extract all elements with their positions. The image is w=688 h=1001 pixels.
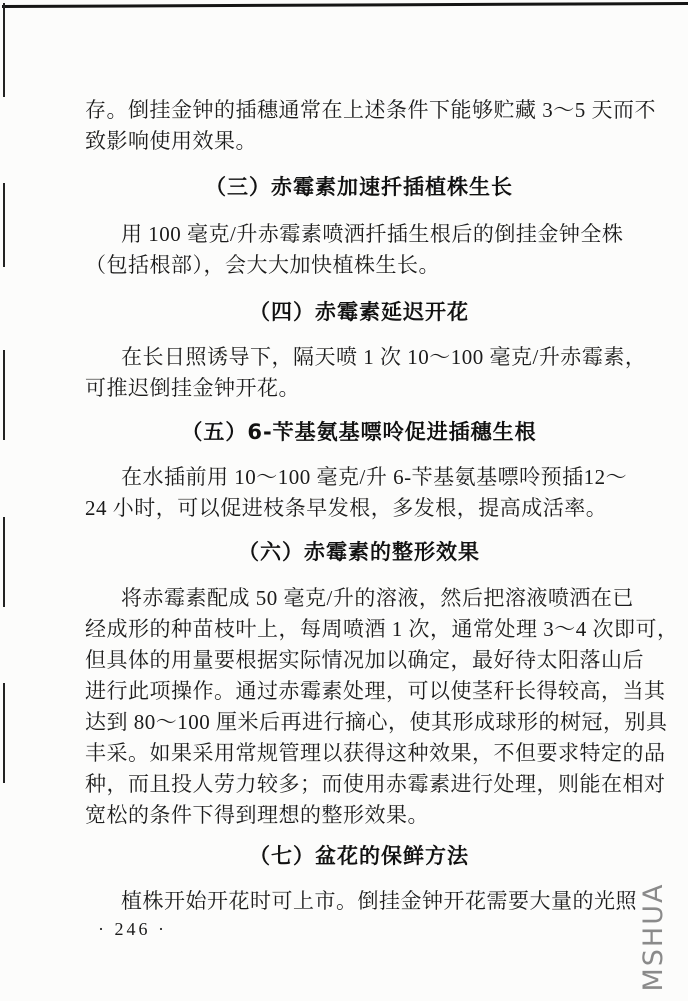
intro-paragraph: 存。倒挂金钟的插穗通常在上述条件下能够贮藏 3～5 天而不 致影响使用效果。 — [85, 95, 633, 157]
paragraph-line: 可推迟倒挂金钟开花。 — [85, 373, 633, 404]
section-5-paragraph: 在水插前用 10～100 毫克/升 6-苄基氨基嘌呤预插12～ 24 小时，可以… — [85, 462, 633, 524]
section-heading-4: （四）赤霉素延迟开花 — [85, 297, 633, 328]
section-heading-6: （六）赤霉素的整形效果 — [85, 537, 633, 568]
paragraph-line: 在长日照诱导下，隔天喷 1 次 10～100 毫克/升赤霉素， — [85, 342, 633, 373]
section-3-paragraph: 用 100 毫克/升赤霉素喷洒扦插生根后的倒挂金钟全株 （包括根部），会大大加快… — [85, 219, 633, 281]
paragraph-line: 致影响使用效果。 — [85, 126, 633, 157]
section-6-paragraph: 将赤霉素配成 50 毫克/升的溶液，然后把溶液喷洒在已 经成形的种苗枝叶上，每周… — [85, 583, 633, 831]
section-heading-7: （七）盆花的保鲜方法 — [85, 841, 633, 872]
paragraph-line: 存。倒挂金钟的插穗通常在上述条件下能够贮藏 3～5 天而不 — [85, 95, 633, 126]
left-edge-scan-line — [3, 350, 5, 440]
paragraph-line: 将赤霉素配成 50 毫克/升的溶液，然后把溶液喷洒在已 — [85, 583, 633, 614]
paragraph-line: 在水插前用 10～100 毫克/升 6-苄基氨基嘌呤预插12～ — [85, 462, 633, 493]
paragraph-line: 但具体的用量要根据实际情况加以确定，最好待太阳落山后 — [85, 645, 633, 676]
section-heading-5: （五）6-苄基氨基嘌呤促进插穗生根 — [85, 417, 633, 448]
paragraph-line: 宽松的条件下得到理想的整形效果。 — [85, 800, 633, 831]
book-page: 存。倒挂金钟的插穗通常在上述条件下能够贮藏 3～5 天而不 致影响使用效果。 （… — [0, 0, 688, 1001]
paragraph-line: 丰采。如果采用常规管理以获得这种效果，不但要求特定的品 — [85, 738, 633, 769]
paragraph-line: 达到 80～100 厘米后再进行摘心，使其形成球形的树冠，别具 — [85, 707, 633, 738]
left-edge-scan-line — [3, 517, 5, 607]
section-heading-3: （三）赤霉素加速扦插植株生长 — [85, 172, 633, 203]
paragraph-line: 24 小时，可以促进枝条早发根，多发根，提高成活率。 — [85, 493, 633, 524]
section-4-paragraph: 在长日照诱导下，隔天喷 1 次 10～100 毫克/升赤霉素， 可推迟倒挂金钟开… — [85, 342, 633, 404]
paragraph-line: 用 100 毫克/升赤霉素喷洒扦插生根后的倒挂金钟全株 — [85, 219, 633, 250]
left-edge-scan-line — [3, 3, 5, 97]
paragraph-line: （包括根部），会大大加快植株生长。 — [85, 250, 633, 281]
section-7-paragraph: 植株开始开花时可上市。倒挂金钟开花需要大量的光照 — [85, 886, 633, 917]
watermark-text: MSHUA — [638, 867, 668, 1001]
page-number: · 246 · — [98, 916, 167, 942]
paragraph-line: 植株开始开花时可上市。倒挂金钟开花需要大量的光照 — [85, 886, 633, 917]
paragraph-line: 种，而且投人劳力较多；而使用赤霉素进行处理，则能在相对 — [85, 769, 633, 800]
left-edge-scan-line — [3, 683, 5, 783]
paragraph-line: 进行此项操作。通过赤霉素处理，可以使茎秆长得较高，当其 — [85, 676, 633, 707]
paragraph-line: 经成形的种苗枝叶上，每周喷酒 1 次，通常处理 3～4 次即可， — [85, 614, 633, 645]
left-edge-scan-line — [3, 183, 5, 267]
top-edge-scan-line — [2, 2, 688, 8]
